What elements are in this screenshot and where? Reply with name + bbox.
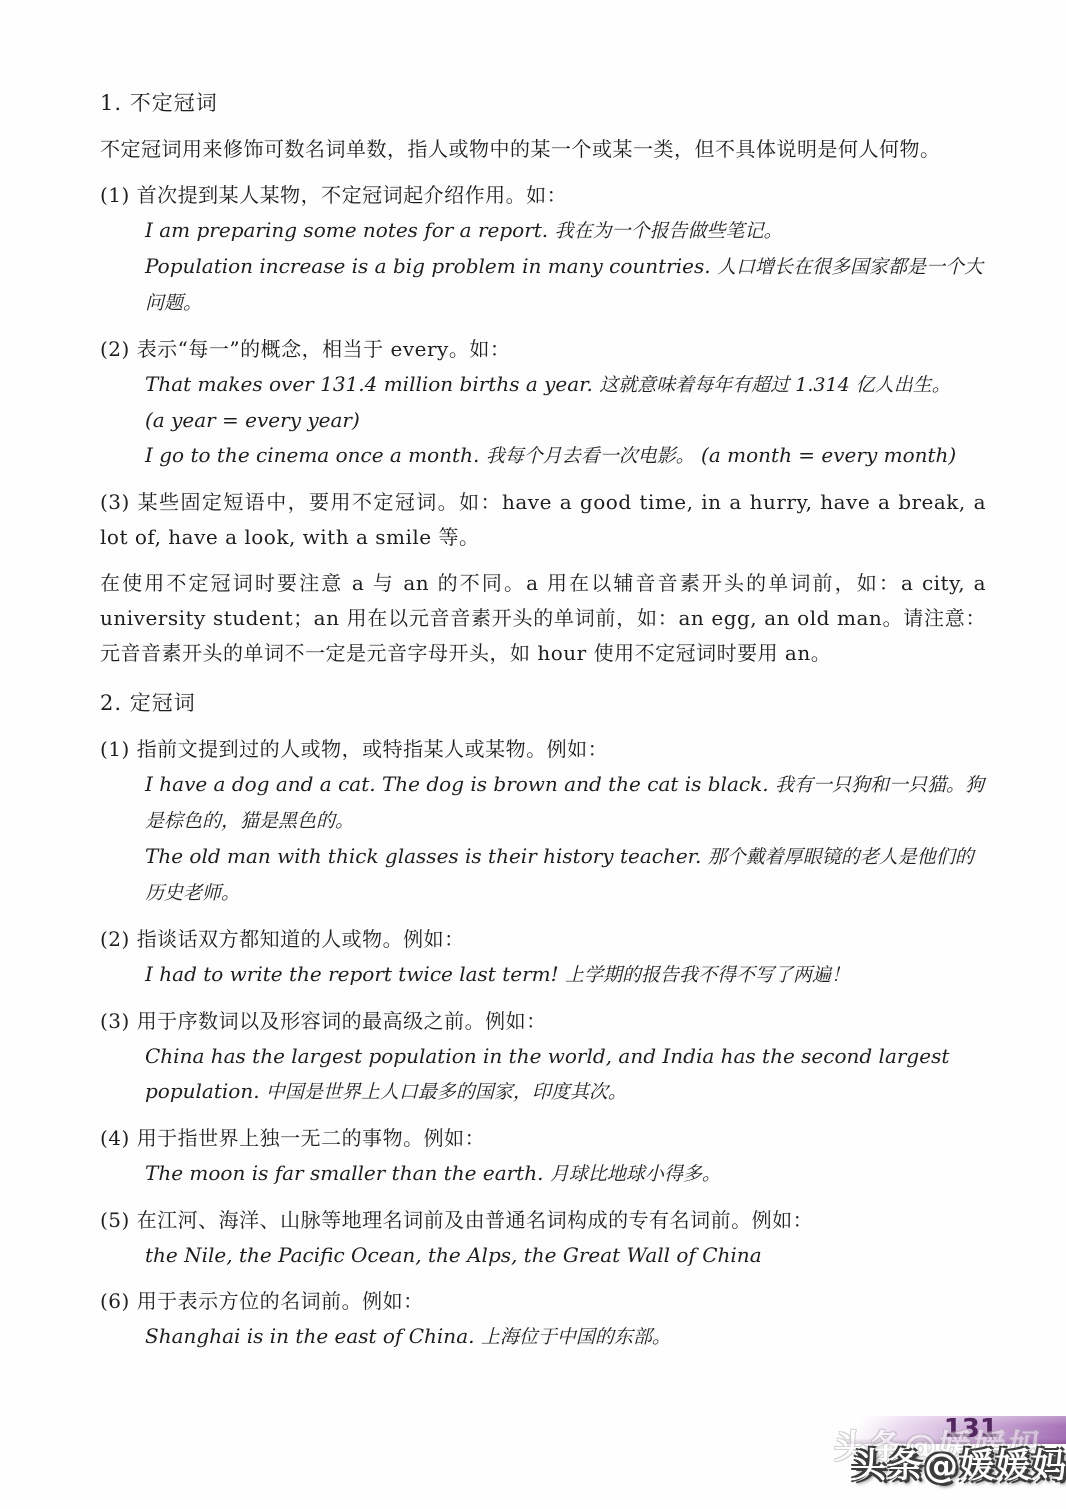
example-sentence: I have a dog and a cat. The dog is brown…	[100, 767, 986, 839]
text-run: I go to the cinema once a month.	[145, 443, 486, 467]
list-item: (3) 用于序数词以及形容词的最高级之前。例如：	[100, 1004, 986, 1039]
text-run: I had to write the report twice last ter…	[145, 962, 565, 986]
text-run: (5) 在江河、海洋、山脉等地理名词前及由普通名词构成的专有名词前。例如：	[100, 1208, 813, 1232]
list-item: (6) 用于表示方位的名词前。例如：	[100, 1284, 986, 1319]
text-run: (2) 指谈话双方都知道的人或物。例如：	[100, 927, 465, 951]
example-sentence: I go to the cinema once a month. 我每个月去看一…	[100, 438, 986, 474]
list-item: (3) 某些固定短语中，要用不定冠词。如：have a good time, i…	[100, 485, 986, 555]
text-run: Shanghai is in the east of China.	[145, 1324, 481, 1348]
list-item: (5) 在江河、海洋、山脉等地理名词前及由普通名词构成的专有名词前。例如：	[100, 1203, 986, 1238]
example-sentence: the Nile, the Pacific Ocean, the Alps, t…	[100, 1238, 986, 1273]
text-run: 不定冠词用来修饰可数名词单数，指人或物中的某一个或某一类，但不具体说明是何人何物…	[100, 137, 941, 161]
text-run: Population increase is a big problem in …	[145, 254, 717, 278]
document-body: 1. 不定冠词不定冠词用来修饰可数名词单数，指人或物中的某一个或某一类，但不具体…	[100, 86, 986, 1355]
text-run: (2) 表示“每一”的概念，相当于 every。如：	[100, 337, 510, 361]
example-sentence: I am preparing some notes for a report. …	[100, 213, 986, 249]
text-run: 在使用不定冠词时要注意 a 与 an 的不同。a 用在以辅音音素开头的单词前，如…	[100, 571, 986, 665]
section-heading: 2. 定冠词	[100, 686, 986, 721]
paragraph: 不定冠词用来修饰可数名词单数，指人或物中的某一个或某一类，但不具体说明是何人何物…	[100, 132, 986, 167]
text-run: (a month = every month)	[695, 443, 957, 467]
example-sentence: Shanghai is in the east of China. 上海位于中国…	[100, 1319, 986, 1355]
text-run: 上海位于中国的东部。	[481, 1326, 671, 1348]
text-run: 上学期的报告我不得不写了两遍！	[565, 964, 850, 986]
text-run: 等。	[438, 525, 479, 549]
text-run: 中国是世界上人口最多的国家，印度其次。	[266, 1081, 627, 1103]
watermark: 头条@媛媛妈	[852, 1446, 1066, 1486]
list-item: (4) 用于指世界上独一无二的事物。例如：	[100, 1121, 986, 1156]
example-sentence: Population increase is a big problem in …	[100, 249, 986, 321]
text-run: (1) 首次提到某人某物，不定冠词起介绍作用。如：	[100, 183, 567, 207]
text-run: (6) 用于表示方位的名词前。例如：	[100, 1289, 424, 1313]
list-item: (1) 首次提到某人某物，不定冠词起介绍作用。如：	[100, 178, 986, 213]
text-run: I am preparing some notes for a report.	[145, 218, 555, 242]
text-run: 我每个月去看一次电影。	[486, 445, 695, 467]
text-run: 2. 定冠词	[100, 691, 196, 715]
text-run: (1) 指前文提到过的人或物，或特指某人或某物。例如：	[100, 737, 608, 761]
example-sentence: That makes over 131.4 million births a y…	[100, 367, 986, 403]
text-run: The moon is far smaller than the earth.	[145, 1161, 550, 1185]
text-run: The old man with thick glasses is their …	[145, 844, 708, 868]
text-run: (a year = every year)	[145, 408, 360, 432]
scanned-textbook-page: 1. 不定冠词不定冠词用来修饰可数名词单数，指人或物中的某一个或某一类，但不具体…	[0, 0, 1066, 1509]
text-run: 1. 不定冠词	[100, 91, 218, 115]
list-item: (1) 指前文提到过的人或物，或特指某人或某物。例如：	[100, 732, 986, 767]
example-sentence: The moon is far smaller than the earth. …	[100, 1156, 986, 1192]
text-run: 我在为一个报告做些笔记。	[555, 220, 783, 242]
example-sentence: The old man with thick glasses is their …	[100, 839, 986, 911]
text-run: the Nile, the Pacific Ocean, the Alps, t…	[145, 1243, 762, 1267]
example-sentence: (a year = every year)	[100, 403, 986, 438]
text-run: (3) 用于序数词以及形容词的最高级之前。例如：	[100, 1009, 547, 1033]
text-run: 月球比地球小得多。	[550, 1163, 721, 1185]
paragraph: 在使用不定冠词时要注意 a 与 an 的不同。a 用在以辅音音素开头的单词前，如…	[100, 566, 986, 671]
text-run: 这就意味着每年有超过 1.314 亿人出生。	[599, 374, 950, 396]
example-sentence: I had to write the report twice last ter…	[100, 957, 986, 993]
text-run: That makes over 131.4 million births a y…	[145, 372, 599, 396]
list-item: (2) 指谈话双方都知道的人或物。例如：	[100, 922, 986, 957]
text-run: (3) 某些固定短语中，要用不定冠词。如：	[100, 490, 502, 514]
list-item: (2) 表示“每一”的概念，相当于 every。如：	[100, 332, 986, 367]
text-run: (4) 用于指世界上独一无二的事物。例如：	[100, 1126, 485, 1150]
example-sentence: China has the largest population in the …	[100, 1039, 986, 1110]
text-run: I have a dog and a cat. The dog is brown…	[145, 772, 775, 796]
section-heading: 1. 不定冠词	[100, 86, 986, 121]
